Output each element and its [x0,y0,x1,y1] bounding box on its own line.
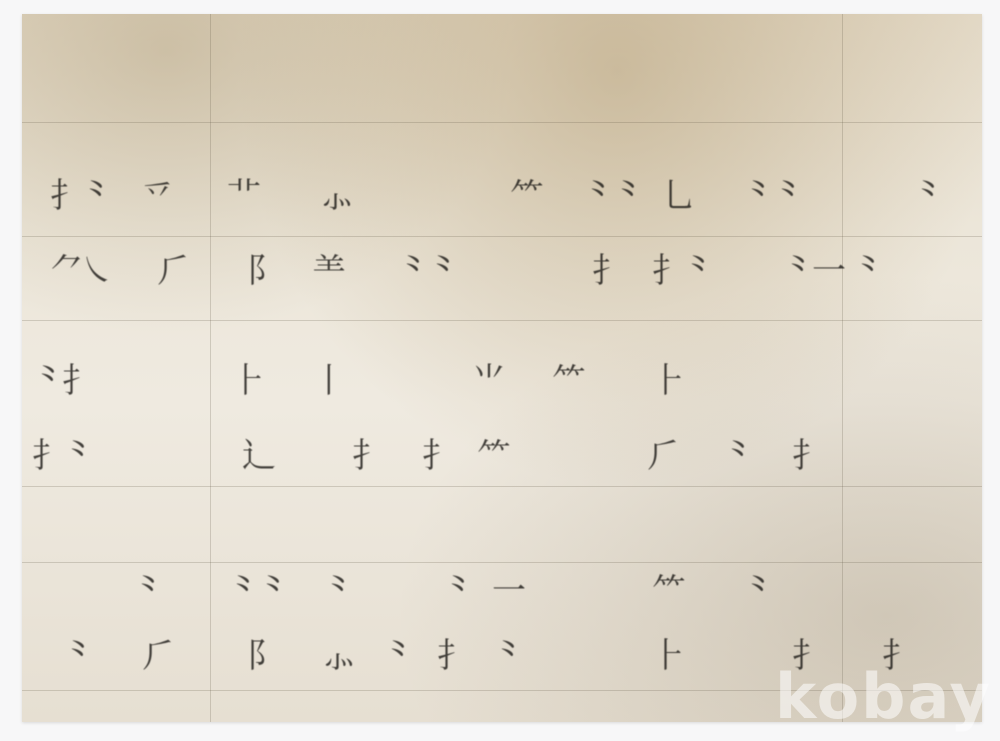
ruled-line [22,122,982,123]
ink-line-3: ⺀⺘⺊丨⺌⺮⺊ [22,364,982,414]
ruled-line [22,320,982,321]
aged-paper-document: ⺘⺀乊⻀⺗⺮⺀⺀乚⺀⺀⺀ ⺈㇏⺁⻏⺷⺀⺀⺘⺘⺀⺀一⺀ ⺀⺘⺊丨⺌⺮⺊ ⺘⺀⻌⺘⺘… [22,14,982,722]
ink-line-4: ⺘⺀⻌⺘⺘⺮⺁⺀⺘ [22,439,982,489]
ink-line-1: ⺘⺀乊⻀⺗⺮⺀⺀乚⺀⺀⺀ [22,179,982,229]
ink-line-5: ⺀⺀⺀⺀⺀一⺮⺀ [22,574,982,624]
ink-line-2: ⺈㇏⺁⻏⺷⺀⺀⺘⺘⺀⺀一⺀ [22,254,982,304]
ruled-line [22,236,982,237]
watermark: kobay [775,660,992,733]
ruled-line [22,562,982,563]
